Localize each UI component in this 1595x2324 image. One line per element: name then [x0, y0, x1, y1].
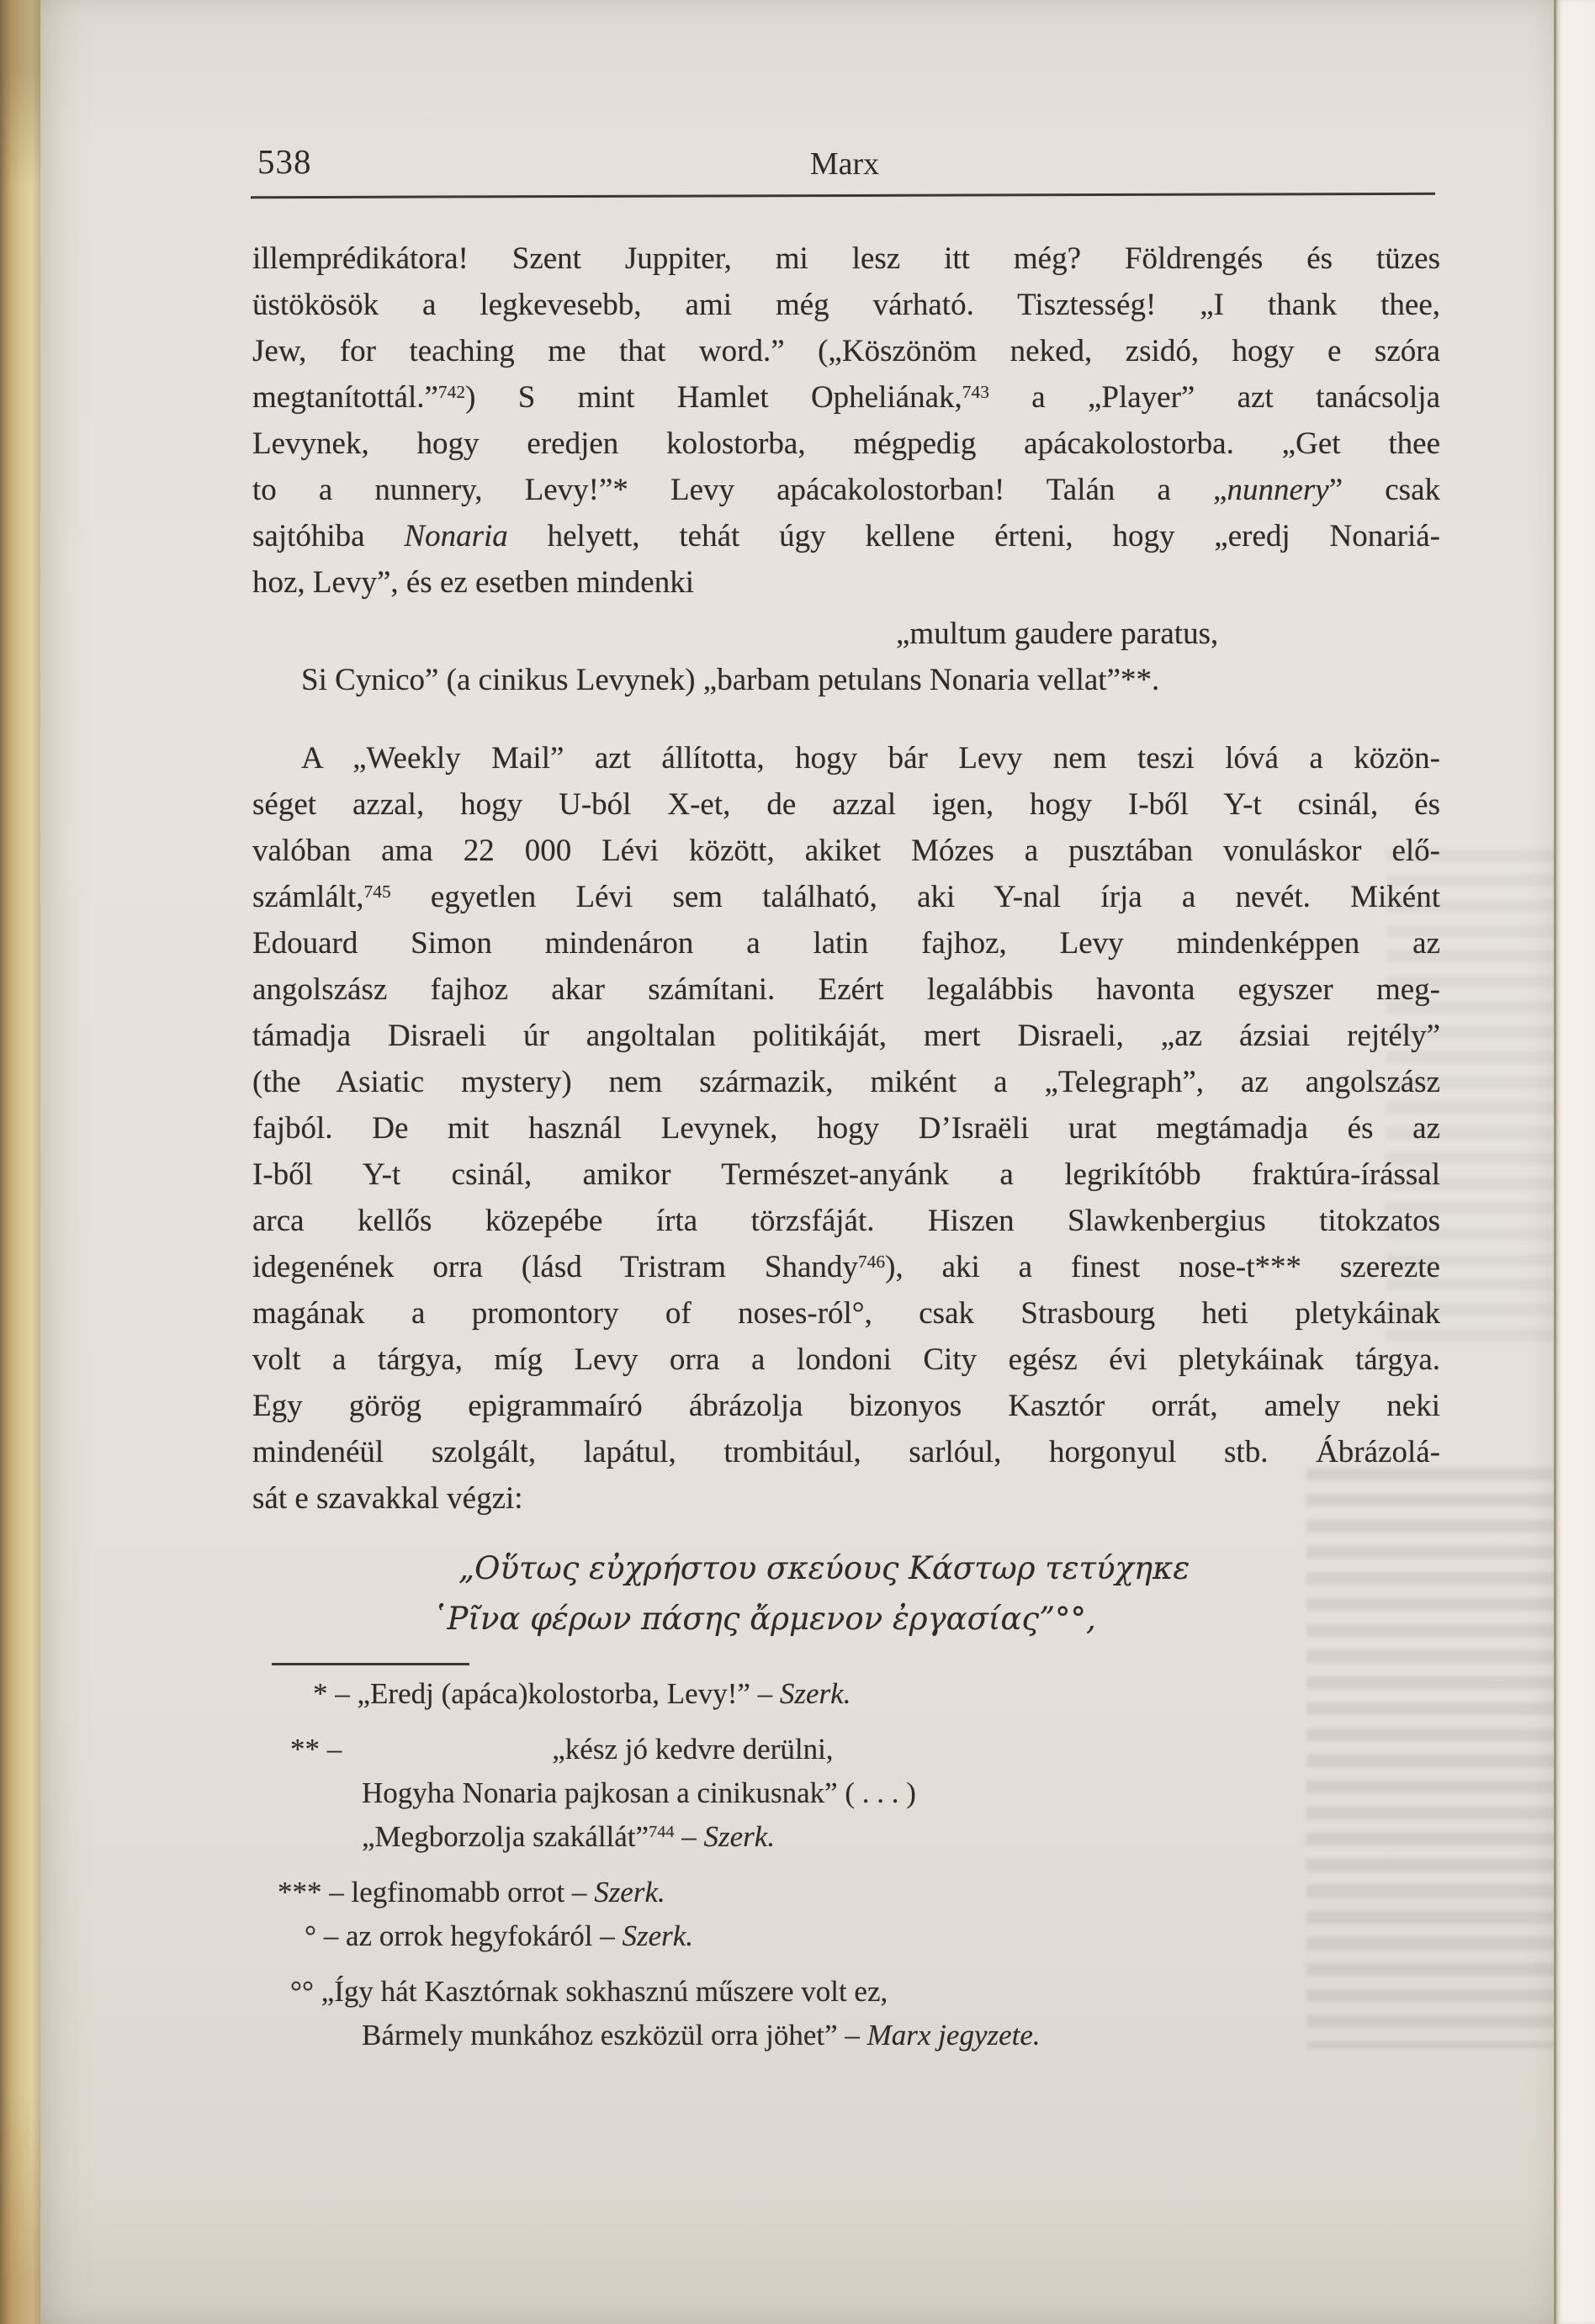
latin-verse: „multum gaudere paratus,Si Cynico” (a ci…: [252, 611, 1440, 703]
footnote-line: °° „Így hát Kasztórnak sokhasznú műszere…: [252, 1970, 1440, 2014]
paragraph-2-line: (the Asiatic mystery) nem származik, mik…: [252, 1059, 1440, 1105]
paragraph-2-line: mindenéül szolgált, lapátul, trombitául,…: [252, 1429, 1440, 1475]
paragraph-2-line: idegenének orra (lásd Tristram Shandy746…: [252, 1244, 1440, 1290]
paragraph-1-line: hoz, Levy”, és ez esetben mindenki: [252, 559, 1440, 606]
footnotes: * – „Eredj (apáca)kolostorba, Levy!” – S…: [252, 1672, 1440, 2057]
footnote-line: * – „Eredj (apáca)kolostorba, Levy!” – S…: [252, 1672, 1440, 1716]
paragraph-2-line: A „Weekly Mail” azt állította, hogy bár …: [252, 735, 1440, 781]
running-head: Marx: [252, 146, 1437, 182]
paragraph-2-line: Egy görög epigrammaíró ábrázolja bizonyo…: [252, 1383, 1440, 1429]
paragraph-1-line: Levynek, hogy eredjen kolostorba, mégped…: [252, 421, 1440, 467]
greek-verse-line: „Οὕτως εὐχρήστου σκεύους Κάστωρ τετύχηκε: [252, 1543, 1440, 1594]
paragraph-2-line: sát e szavakkal végzi:: [252, 1475, 1440, 1522]
paragraph-1-line: illemprédikátora! Szent Juppiter, mi les…: [252, 236, 1440, 282]
paragraph-1-line: Jew, for teaching me that word.” („Köszö…: [252, 328, 1440, 374]
paragraph-1-line: to a nunnery, Levy!”* Levy apácakolostor…: [252, 467, 1440, 513]
footnote-line: ° – az orrok hegyfokáról – Szerk.: [252, 1914, 1440, 1958]
paragraph-2-line: magának a promontory of noses-ról°, csak…: [252, 1290, 1440, 1337]
paragraph-1-line: megtanítottál.”742) S mint Hamlet Opheli…: [252, 374, 1440, 421]
paragraph-1-line: sajtóhiba Nonaria helyett, tehát úgy kel…: [252, 513, 1440, 559]
underlying-page-edge: [1554, 0, 1595, 2324]
greek-verse-line: ῾Ρῖνα φέρων πάσης ἄρμενον ἐργασίας”°°,: [252, 1594, 1440, 1644]
book-binding-edge: [0, 0, 42, 2324]
paragraph-2-line: fajból. De mit használ Levynek, hogy D’I…: [252, 1105, 1440, 1151]
paragraph-2-line: valóban ama 22 000 Lévi között, akiket M…: [252, 828, 1440, 874]
paragraph-2-line: támadja Disraeli úr angoltalan politikáj…: [252, 1013, 1440, 1059]
footnote-line: *** – legfinomabb orrot – Szerk.: [252, 1871, 1440, 1914]
paragraph-1: illemprédikátora! Szent Juppiter, mi les…: [252, 236, 1440, 606]
paragraph-2: A „Weekly Mail” azt állította, hogy bár …: [252, 735, 1440, 1522]
paragraph-2-line: arca kellős közepébe írta törzsfáját. Hi…: [252, 1198, 1440, 1244]
footnote-rule: [272, 1663, 469, 1665]
latin-verse-line: „multum gaudere paratus,: [252, 611, 1440, 657]
page-paper: 538 Marx illemprédikátora! Szent Juppite…: [40, 0, 1556, 2324]
latin-verse-line: Si Cynico” (a cinikus Levynek) „barbam p…: [252, 657, 1440, 703]
greek-verse: „Οὕτως εὐχρήστου σκεύους Κάστωρ τετύχηκε…: [252, 1543, 1440, 1644]
header-rule: [251, 193, 1435, 199]
book-page-scan: 538 Marx illemprédikátora! Szent Juppite…: [0, 0, 1595, 2324]
paragraph-2-line: I-ből Y-t csinál, amikor Természet-anyán…: [252, 1151, 1440, 1198]
footnote-line: Hogyha Nonaria pajkosan a cinikusnak” ( …: [252, 1771, 1440, 1815]
footnote-line: ** –„kész jó kedvre derülni,: [252, 1728, 1440, 1771]
paragraph-2-line: számlált,745 egyetlen Lévi sem található…: [252, 874, 1440, 920]
paragraph-2-line: Edouard Simon mindenáron a latin fajhoz,…: [252, 920, 1440, 966]
paragraph-1-line: üstökösök a legkevesebb, ami még várható…: [252, 282, 1440, 328]
paragraph-2-line: volt a tárgya, míg Levy orra a londoni C…: [252, 1337, 1440, 1383]
text-block: illemprédikátora! Szent Juppiter, mi les…: [252, 236, 1440, 2057]
footnote-line: Bármely munkához eszközül orra jöhet” – …: [252, 2014, 1440, 2057]
paragraph-2-line: séget azzal, hogy U-ból X-et, de azzal i…: [252, 781, 1440, 828]
paragraph-2-line: angolszász fajhoz akar számítani. Ezért …: [252, 966, 1440, 1013]
footnote-line: „Megborzolja szakállát”744 – Szerk.: [252, 1815, 1440, 1859]
